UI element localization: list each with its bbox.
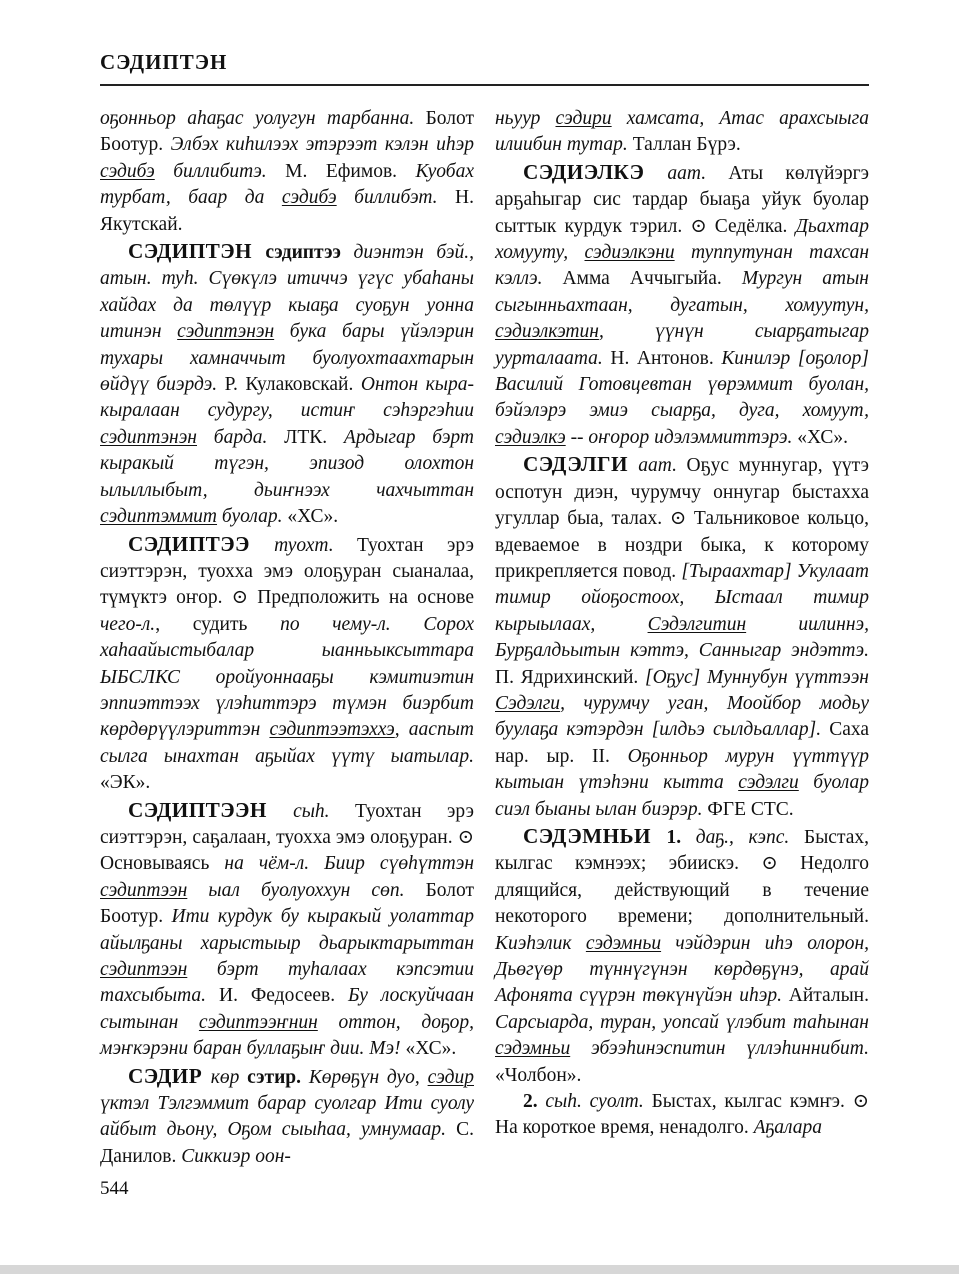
entry-sedipteen: СЭДИПТЭЭН сыһ. Туохтан эрэ сиэттэрэн, са… bbox=[100, 797, 474, 1063]
continuation-paragraph: ньуур сэдири хамсата, Атас арахсыыга или… bbox=[495, 106, 869, 159]
text-segment: [Оҕус] Муннубун үүттээн bbox=[645, 667, 869, 688]
text-segment: Сэдэлги bbox=[495, 693, 560, 714]
text-segment: «ХС». bbox=[406, 1038, 457, 1059]
text-segment: 2. bbox=[523, 1091, 545, 1112]
text-segment: Элбэх киһилээх этэрээт кэлэн иһэр bbox=[171, 134, 474, 155]
text-segment: «ХС». bbox=[287, 506, 338, 527]
text-segment: даҕ., кэпс. bbox=[696, 827, 804, 848]
text-segment: аат. bbox=[638, 455, 686, 476]
text-segment: сэдиптээҥнин bbox=[199, 1012, 318, 1033]
text-segment: , судить bbox=[155, 614, 280, 635]
text-segment: -- оҥорор идэлэммиттэрэ. bbox=[566, 427, 798, 448]
text-segment: сэдири bbox=[556, 108, 612, 129]
text-segment: Сиккиэр оон- bbox=[181, 1146, 291, 1167]
text-segment: Амма Аччыгыйа. bbox=[563, 268, 742, 289]
text-segment: «Чолбон». bbox=[495, 1065, 581, 1086]
text-segment: М. Ефимов. bbox=[285, 161, 415, 182]
entry-sediptee: СЭДИПТЭЭ туохт. Туохтан эрэ сиэттэрэн, т… bbox=[100, 531, 474, 797]
dictionary-page: СЭДИПТЭН оҕонньор аһаҕас уолугун тарбанн… bbox=[0, 0, 959, 1274]
text-segment: Р. Кулаковскай. bbox=[225, 374, 361, 395]
entry-sedemni: СЭДЭМНЬИ 1. даҕ., кэпс. Быстах, кылгас к… bbox=[495, 823, 869, 1089]
sense-2-paragraph: 2. сыһ. суолт. Быстах, кылгас кэмҥэ. ⊙ Н… bbox=[495, 1089, 869, 1142]
text-segment: на чём-л. bbox=[224, 853, 324, 874]
text-segment: оҕонньор аһаҕас уолугун тарбанна. bbox=[100, 108, 426, 129]
text-segment: эбээһинэспитин үллэһиннибит. bbox=[570, 1038, 869, 1059]
text-segment: сэдибэ bbox=[282, 187, 337, 208]
text-segment: сэдиэлкэни bbox=[585, 242, 675, 263]
entry-sediptan: СЭДИПТЭН сэдиптээ диэнтэн бэй., атын. ту… bbox=[100, 238, 474, 530]
text-segment: по чему-л. bbox=[280, 614, 423, 635]
text-segment: Киэһэлик bbox=[495, 933, 586, 954]
text-segment: 1. bbox=[666, 827, 695, 848]
text-segment: сэдиптээн bbox=[100, 959, 187, 980]
entry-sedelgi: СЭДЭЛГИ аат. Оҕус муннугар, үүтэ оспотун… bbox=[495, 451, 869, 823]
right-column: ньуур сэдири хамсата, Атас арахсыыга или… bbox=[495, 106, 869, 1170]
left-column: оҕонньор аһаҕас уолугун тарбанна. Болот … bbox=[100, 106, 474, 1170]
text-segment: сэдиптээн bbox=[100, 880, 187, 901]
text-segment: Көрөҕүн дуо, bbox=[309, 1067, 428, 1088]
entry-sedielke: СЭДИЭЛКЭ аат. Аты көлүйэргэ арҕаһыгар си… bbox=[495, 159, 869, 451]
text-segment: сэдибэ bbox=[100, 161, 155, 182]
text-segment: Сарсыарда, туран, уопсай үлэбит таһынан bbox=[495, 1012, 869, 1033]
header-rule bbox=[100, 84, 869, 86]
text-segment: сэдиптээ bbox=[265, 242, 353, 263]
headword: СЭДИПТЭН bbox=[128, 239, 265, 263]
text-segment: Таллан Бүрэ. bbox=[633, 134, 741, 155]
text-segment: сэдиптэнэн bbox=[100, 427, 197, 448]
text-segment: сэдир bbox=[428, 1067, 474, 1088]
text-segment: ФГЕ СТС. bbox=[707, 799, 793, 820]
text-segment: аат. bbox=[667, 163, 728, 184]
text-columns: оҕонньор аһаҕас уолугун тарбанна. Болот … bbox=[100, 106, 869, 1170]
text-segment: ЛТК. bbox=[284, 427, 344, 448]
text-segment: Биир сүөһүттэн bbox=[324, 853, 474, 874]
continuation-paragraph: оҕонньор аһаҕас уолугун тарбанна. Болот … bbox=[100, 106, 474, 238]
text-segment: сэдиптэнэн bbox=[177, 321, 274, 342]
text-segment: сыһ. суолт. bbox=[545, 1091, 651, 1112]
entry-sedir: СЭДИР көр сэтир. Көрөҕүн дуо, сэдир үктэ… bbox=[100, 1063, 474, 1171]
text-segment: сэдэлги bbox=[738, 772, 799, 793]
text-segment: П. Ядрихинский. bbox=[495, 667, 645, 688]
text-segment: Айталын. bbox=[789, 985, 869, 1006]
text-segment: үктэл Тэлгэммит барар суолгар Ити суолу … bbox=[100, 1093, 474, 1140]
text-segment: ньуур bbox=[495, 108, 556, 129]
text-segment: «ЭК». bbox=[100, 772, 150, 793]
text-segment: сэдэмньи bbox=[495, 1038, 570, 1059]
text-segment: сэдиптээтэххэ bbox=[269, 719, 394, 740]
text-segment: көр bbox=[211, 1067, 247, 1088]
text-segment: Аҕалара bbox=[754, 1117, 822, 1138]
headword: СЭДЭЛГИ bbox=[523, 452, 638, 476]
text-segment: Н. Антонов. bbox=[610, 348, 721, 369]
text-segment: сыһ. bbox=[293, 801, 355, 822]
text-segment: «ХС». bbox=[797, 427, 848, 448]
text-segment: сэдиэлкэтин bbox=[495, 321, 599, 342]
scan-edge-shadow bbox=[0, 1265, 959, 1274]
headword: СЭДИПТЭЭН bbox=[128, 798, 293, 822]
text-segment: туохт. bbox=[274, 535, 357, 556]
text-segment: сэтир. bbox=[247, 1067, 309, 1088]
headword: СЭДИЭЛКЭ bbox=[523, 160, 667, 184]
text-segment: сэдиэлкэ bbox=[495, 427, 566, 448]
text-segment: И. Федосеев. bbox=[219, 985, 348, 1006]
text-segment: буолар. bbox=[217, 506, 287, 527]
headword: СЭДЭМНЬИ bbox=[523, 824, 666, 848]
page-number: 544 bbox=[100, 1178, 129, 1200]
headword: СЭДИПТЭЭ bbox=[128, 532, 274, 556]
text-segment: Сэдэлгитин bbox=[648, 614, 747, 635]
text-segment: чего-л. bbox=[100, 614, 155, 635]
text-segment: ыал буолуоххун сөп. bbox=[187, 880, 425, 901]
text-segment: сэдиптэммит bbox=[100, 506, 217, 527]
running-head: СЭДИПТЭН bbox=[100, 50, 227, 75]
text-segment: барда. bbox=[197, 427, 284, 448]
text-segment: биллибэт. bbox=[337, 187, 455, 208]
text-segment: сэдэмньи bbox=[586, 933, 661, 954]
headword: СЭДИР bbox=[128, 1064, 211, 1088]
text-segment: биллибитэ. bbox=[155, 161, 285, 182]
